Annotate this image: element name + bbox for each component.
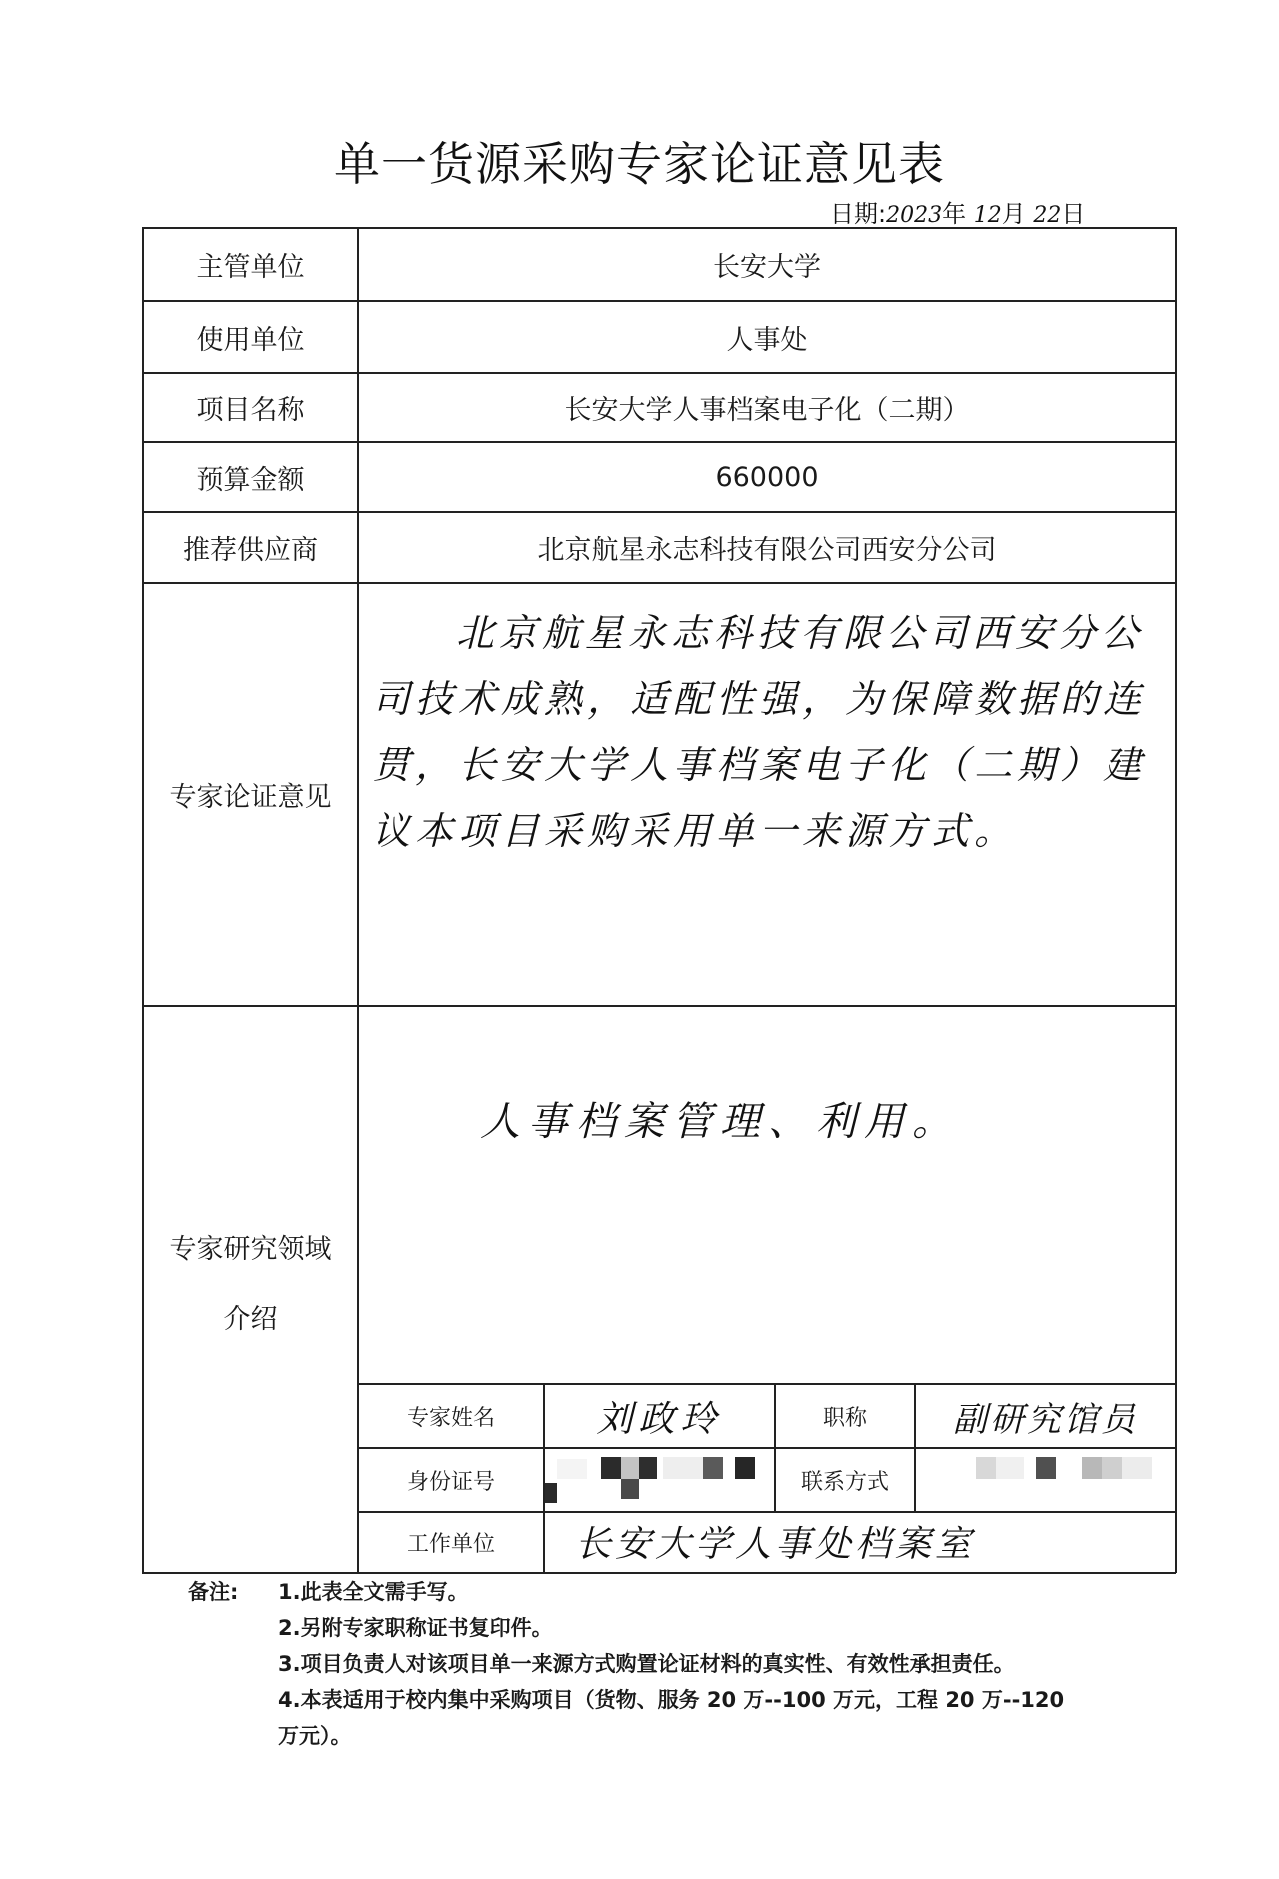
label-workplace: 工作单位 [359,1513,543,1572]
note-item: 2.另附专家职称证书复印件。 [278,1612,553,1642]
redaction-block [1102,1457,1122,1479]
redaction-block [735,1457,755,1479]
value-id-number-redacted [545,1449,774,1511]
date-year-unit: 年 [942,200,966,228]
redaction-block [557,1459,587,1479]
note-item: 1.此表全文需手写。 [278,1576,469,1606]
redaction-block [639,1457,657,1479]
date-day: 22 [1033,203,1061,228]
date-year: 2023 [886,203,942,228]
label-supervising-unit: 主管单位 [144,229,357,300]
value-workplace: 长安大学人事处档案室 [575,1516,975,1567]
label-research-field-line1: 专家研究领域 [144,1215,357,1285]
label-budget: 预算金额 [144,443,357,511]
label-id-number: 身份证号 [359,1449,543,1511]
label-recommended-supplier: 推荐供应商 [144,513,357,582]
note-item: 3.项目负责人对该项目单一来源方式购置论证材料的真实性、有效性承担责任。 [278,1648,1015,1678]
label-expert-name: 专家姓名 [359,1385,543,1447]
table-border-right [1175,227,1177,1573]
redaction-block [601,1457,621,1479]
date-line: 日期:2023年 12月 22日 [830,194,1085,229]
redaction-block [545,1483,557,1503]
research-field-handwritten: 人事档案管理、利用。 [480,1090,960,1147]
value-budget: 660000 [359,443,1175,511]
label-research-field: 专家研究领域 介绍 [144,1215,357,1355]
redaction-block [976,1457,996,1479]
redaction-block [1122,1457,1152,1479]
redaction-block [621,1479,639,1499]
table-border-bottom [142,1572,1176,1574]
document-title: 单一货源采购专家论证意见表 [0,128,1279,194]
value-recommended-supplier: 北京航星永志科技有限公司西安分公司 [359,513,1175,582]
label-expert-title: 职称 [776,1385,914,1447]
value-contact-redacted [916,1449,1175,1511]
value-expert-name: 刘政玲 [545,1385,774,1447]
value-supervising-unit: 长安大学 [359,229,1175,300]
notes-label: 备注: [188,1576,238,1606]
date-month-unit: 月 [1002,200,1026,228]
label-project-name: 项目名称 [144,374,357,441]
value-expert-title: 副研究馆员 [916,1385,1175,1447]
note-item: 万元）。 [278,1720,352,1750]
label-research-field-line2: 介绍 [144,1285,357,1355]
label-using-unit: 使用单位 [144,302,357,372]
value-project-name: 长安大学人事档案电子化（二期） [359,374,1175,441]
redaction-block [663,1457,703,1479]
note-item: 4.本表适用于校内集中采购项目（货物、服务 20 万--100 万元，工程 20… [278,1684,1064,1714]
date-day-unit: 日 [1061,200,1085,228]
redaction-block [621,1457,639,1479]
redaction-block [996,1457,1024,1479]
row-divider [142,1005,1176,1007]
label-contact: 联系方式 [776,1449,914,1511]
value-using-unit: 人事处 [359,302,1175,372]
date-label: 日期: [830,200,886,228]
date-month: 12 [974,203,1002,228]
redaction-block [703,1457,723,1479]
expert-opinion-handwritten: 北京航星永志科技有限公司西安分公司技术成熟，适配性强，为保障数据的连贯，长安大学… [372,600,1172,864]
redaction-block [1036,1457,1056,1479]
label-expert-opinion: 专家论证意见 [144,584,357,1005]
redaction-block [1082,1457,1102,1479]
